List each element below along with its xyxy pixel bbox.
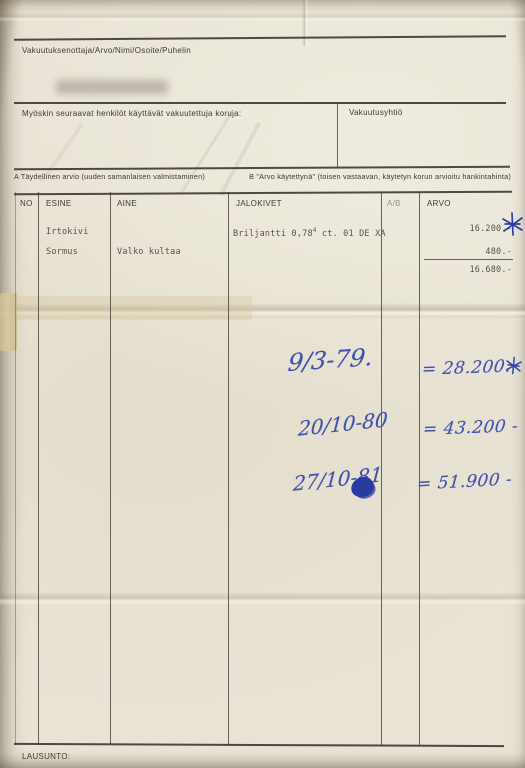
column-divider-aine-jalokivet [228, 192, 229, 745]
legend-b: B "Arvo käytettynä" (toisen vastaavan, k… [249, 172, 511, 181]
cell-esine-row2: Sormus [46, 247, 78, 257]
valuation-legend: A Täydellinen arvio (uuden samanlaisen v… [14, 172, 511, 181]
statement-label: LAUSUNTO: [22, 752, 70, 761]
table-left-border [15, 192, 16, 745]
column-divider-no-esine [38, 192, 39, 745]
policyholder-label: Vakuutuksenottaja/Arvo/Nimi/Osoite/Puhel… [22, 46, 191, 55]
handwritten-value-1: = 28.200.- [421, 356, 518, 379]
also-users-label: Myöskin seuraavat henkilöt käyttävät vak… [22, 109, 241, 118]
fold-crease-lower [0, 592, 525, 606]
insurance-company-label: Vakuutusyhtiö [349, 108, 403, 117]
cell-esine-row1: Irtokivi [46, 227, 89, 237]
cell-arvo-row1: 16.200.- [420, 224, 512, 234]
valuation-form-paper: Vakuutuksenottaja/Arvo/Nimi/Osoite/Puhel… [0, 0, 525, 768]
handwritten-date-1: 9/3-79. [287, 343, 375, 377]
fold-crease-top [0, 12, 525, 22]
header-ab: A/B [387, 199, 401, 208]
sum-underline [424, 259, 513, 260]
header-no: NO [20, 199, 33, 208]
header-arvo: ARVO [427, 199, 451, 208]
header-esine: ESINE [46, 199, 72, 208]
header-jalokivet: JALOKIVET [236, 199, 282, 208]
cell-aine-row2: Valko kultaa [117, 247, 181, 257]
section-divider [14, 35, 506, 40]
cell-jalokivet-row1: Briljantti 0,784 ct. 01 DE XA [233, 227, 386, 239]
gemstone-grade: ct. 01 DE XA [317, 229, 386, 239]
handwritten-value-3: = 51.900 - [416, 469, 513, 494]
insurance-box-divider [337, 102, 338, 167]
header-aine: AINE [117, 199, 137, 208]
redacted-name-blur [56, 80, 168, 94]
section-divider [14, 166, 510, 171]
gemstone-desc: Briljantti 0,78 [233, 229, 313, 239]
handwritten-value-2: = 43.200 - [422, 416, 519, 439]
cell-arvo-row2: 480.- [420, 247, 512, 257]
bleed-through-mark [219, 122, 261, 196]
cell-arvo-total: 16.680.- [420, 265, 512, 275]
bleed-through-mark [180, 111, 233, 193]
table-bottom-border [14, 743, 504, 747]
section-divider [14, 102, 506, 104]
column-divider-esine-aine [110, 192, 111, 745]
table-top-border [14, 191, 512, 196]
handwritten-date-2: 20/10-80 [297, 407, 388, 441]
fold-crease-vertical [302, 0, 308, 46]
legend-a: A Täydellinen arvio (uuden samanlaisen v… [14, 172, 205, 181]
